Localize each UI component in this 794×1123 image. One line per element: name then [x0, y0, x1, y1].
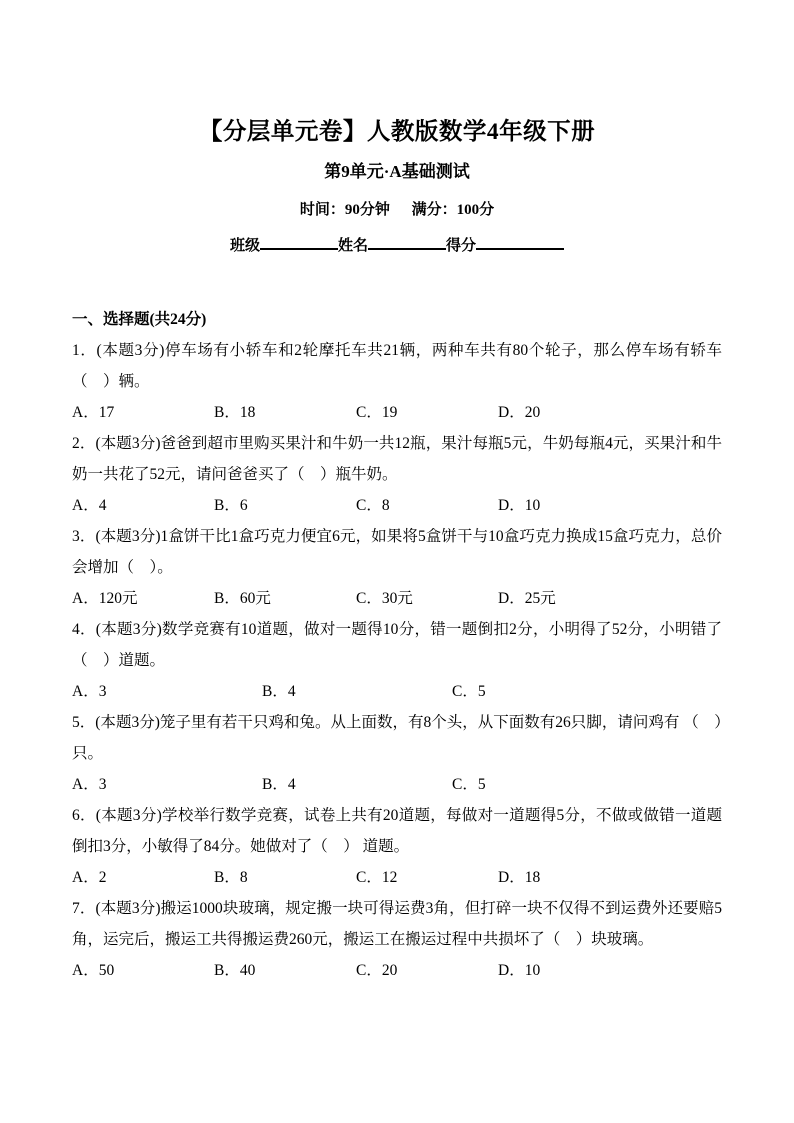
option-a: A．3: [72, 769, 262, 800]
option-b: B．60元: [214, 583, 356, 614]
exam-meta-line: 时间：90分钟 满分：100分: [72, 198, 722, 222]
name-blank: [368, 235, 446, 250]
question-text: 5．(本题3分)笼子里有若干只鸡和兔。从上面数，有8个头，从下面数有26只脚，请…: [72, 707, 722, 769]
full-score-label: 满分：100分: [412, 202, 495, 218]
question-options: A．4B．6C．8D．10: [72, 490, 722, 521]
question-text: 6．(本题3分)学校举行数学竞赛，试卷上共有20道题，每做对一道题得5分，不做或…: [72, 800, 722, 862]
document-title: 【分层单元卷】人教版数学4年级下册: [72, 116, 722, 148]
option-c: C．30元: [356, 583, 498, 614]
question-options: A．50B．40C．20D．10: [72, 955, 722, 986]
option-d: D．10: [498, 490, 540, 521]
question-block-3: 3．(本题3分)1盒饼干比1盒巧克力便宜6元，如果将5盒饼干与10盒巧克力换成1…: [72, 521, 722, 614]
question-options: A．17B．18C．19D．20: [72, 397, 722, 428]
option-d: D．25元: [498, 583, 556, 614]
option-a: A．4: [72, 490, 214, 521]
score-label: 得分: [446, 238, 476, 254]
option-b: B．4: [262, 676, 452, 707]
name-label: 姓名: [338, 238, 368, 254]
question-options: A．2B．8C．12D．18: [72, 862, 722, 893]
question-block-4: 4．(本题3分)数学竞赛有10道题，做对一题得10分，错一题倒扣2分，小明得了5…: [72, 614, 722, 707]
question-block-1: 1．(本题3分)停车场有小轿车和2轮摩托车共21辆，两种车共有80个轮子，那么停…: [72, 335, 722, 428]
option-b: B．8: [214, 862, 356, 893]
option-b: B．4: [262, 769, 452, 800]
option-d: D．20: [498, 397, 540, 428]
question-text: 7．(本题3分)搬运1000块玻璃，规定搬一块可得运费3角，但打碎一块不仅得不到…: [72, 893, 722, 955]
document-page: 【分层单元卷】人教版数学4年级下册 第9单元·A基础测试 时间：90分钟 满分：…: [0, 0, 794, 1123]
score-blank: [476, 235, 564, 250]
class-label: 班级: [230, 238, 260, 254]
question-text: 3．(本题3分)1盒饼干比1盒巧克力便宜6元，如果将5盒饼干与10盒巧克力换成1…: [72, 521, 722, 583]
question-block-2: 2．(本题3分)爸爸到超市里购买果汁和牛奶一共12瓶，果汁每瓶5元，牛奶每瓶4元…: [72, 428, 722, 521]
question-text: 2．(本题3分)爸爸到超市里购买果汁和牛奶一共12瓶，果汁每瓶5元，牛奶每瓶4元…: [72, 428, 722, 490]
question-options: A．3B．4C．5: [72, 676, 722, 707]
option-b: B．40: [214, 955, 356, 986]
option-d: D．18: [498, 862, 540, 893]
document-subtitle: 第9单元·A基础测试: [72, 160, 722, 184]
section-heading: 一、选择题(共24分): [72, 304, 722, 335]
option-a: A．3: [72, 676, 262, 707]
option-c: C．5: [452, 676, 486, 707]
option-a: A．2: [72, 862, 214, 893]
option-b: B．18: [214, 397, 356, 428]
option-a: A．17: [72, 397, 214, 428]
option-c: C．12: [356, 862, 498, 893]
question-options: A．3B．4C．5: [72, 769, 722, 800]
option-d: D．10: [498, 955, 540, 986]
option-c: C．5: [452, 769, 486, 800]
document-body: 一、选择题(共24分) 1．(本题3分)停车场有小轿车和2轮摩托车共21辆，两种…: [72, 304, 722, 986]
time-limit-label: 时间：90分钟: [300, 202, 390, 218]
option-a: A．50: [72, 955, 214, 986]
question-block-6: 6．(本题3分)学校举行数学竞赛，试卷上共有20道题，每做对一道题得5分，不做或…: [72, 800, 722, 893]
class-blank: [260, 235, 338, 250]
question-block-5: 5．(本题3分)笼子里有若干只鸡和兔。从上面数，有8个头，从下面数有26只脚，请…: [72, 707, 722, 800]
option-c: C．20: [356, 955, 498, 986]
question-options: A．120元B．60元C．30元D．25元: [72, 583, 722, 614]
question-text: 4．(本题3分)数学竞赛有10道题，做对一题得10分，错一题倒扣2分，小明得了5…: [72, 614, 722, 676]
question-block-7: 7．(本题3分)搬运1000块玻璃，规定搬一块可得运费3角，但打碎一块不仅得不到…: [72, 893, 722, 986]
option-c: C．19: [356, 397, 498, 428]
question-text: 1．(本题3分)停车场有小轿车和2轮摩托车共21辆，两种车共有80个轮子，那么停…: [72, 335, 722, 397]
option-b: B．6: [214, 490, 356, 521]
student-info-line: 班级姓名得分: [72, 234, 722, 258]
option-c: C．8: [356, 490, 498, 521]
option-a: A．120元: [72, 583, 214, 614]
